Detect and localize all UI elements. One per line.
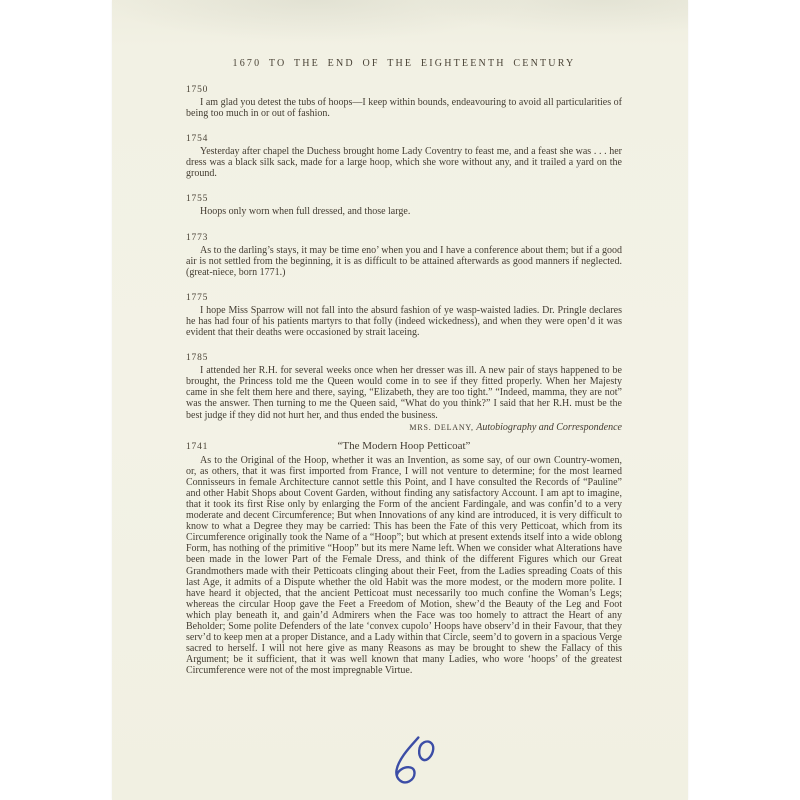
- entry-1773: 1773 As to the darling’s stays, it may b…: [186, 233, 622, 278]
- entry-text: Hoops only worn when full dressed, and t…: [186, 206, 622, 217]
- attribution: MRS. DELANY, Autobiography and Correspon…: [186, 422, 622, 433]
- digit-0-stroke: [418, 741, 434, 760]
- book-page: 1670 TO THE END OF THE EIGHTEENTH CENTUR…: [112, 0, 688, 800]
- digit-6-stroke: [394, 738, 421, 783]
- entry-text: Yesterday after chapel the Duchess broug…: [186, 146, 622, 179]
- essay-year: 1741: [186, 442, 208, 452]
- entry-year: 1750: [186, 85, 622, 95]
- entry-year: 1785: [186, 353, 622, 363]
- entry-1755: 1755 Hoops only worn when full dressed, …: [186, 194, 622, 217]
- entry-year: 1755: [186, 194, 622, 204]
- running-head: 1670 TO THE END OF THE EIGHTEENTH CENTUR…: [186, 58, 622, 70]
- entry-text: As to the darling’s stays, it may be tim…: [186, 245, 622, 278]
- entry-text: I hope Miss Sparrow will not fall into t…: [186, 305, 622, 338]
- entry-1775: 1775 I hope Miss Sparrow will not fall i…: [186, 293, 622, 338]
- essay-title: “The Modern Hoop Petticoat”: [186, 440, 622, 453]
- entry-text: I am glad you detest the tubs of hoops—I…: [186, 97, 622, 119]
- entry-year: 1775: [186, 293, 622, 303]
- entry-1785: 1785 I attended her R.H. for several wee…: [186, 353, 622, 420]
- handwritten-page-number: [380, 734, 445, 790]
- entry-1750: 1750 I am glad you detest the tubs of ho…: [186, 85, 622, 119]
- scanner-background: 1670 TO THE END OF THE EIGHTEENTH CENTUR…: [0, 0, 800, 800]
- attribution-author: MRS. DELANY,: [409, 423, 473, 432]
- essay-header: 1741 “The Modern Hoop Petticoat”: [186, 440, 622, 453]
- entry-year: 1754: [186, 134, 622, 144]
- entry-year: 1773: [186, 233, 622, 243]
- entry-1754: 1754 Yesterday after chapel the Duchess …: [186, 134, 622, 179]
- page-content: 1670 TO THE END OF THE EIGHTEENTH CENTUR…: [112, 0, 688, 800]
- essay-text: As to the Original of the Hoop, whether …: [186, 455, 622, 677]
- attribution-work: Autobiography and Correspondence: [476, 422, 622, 433]
- entry-text: I attended her R.H. for several weeks on…: [186, 365, 622, 420]
